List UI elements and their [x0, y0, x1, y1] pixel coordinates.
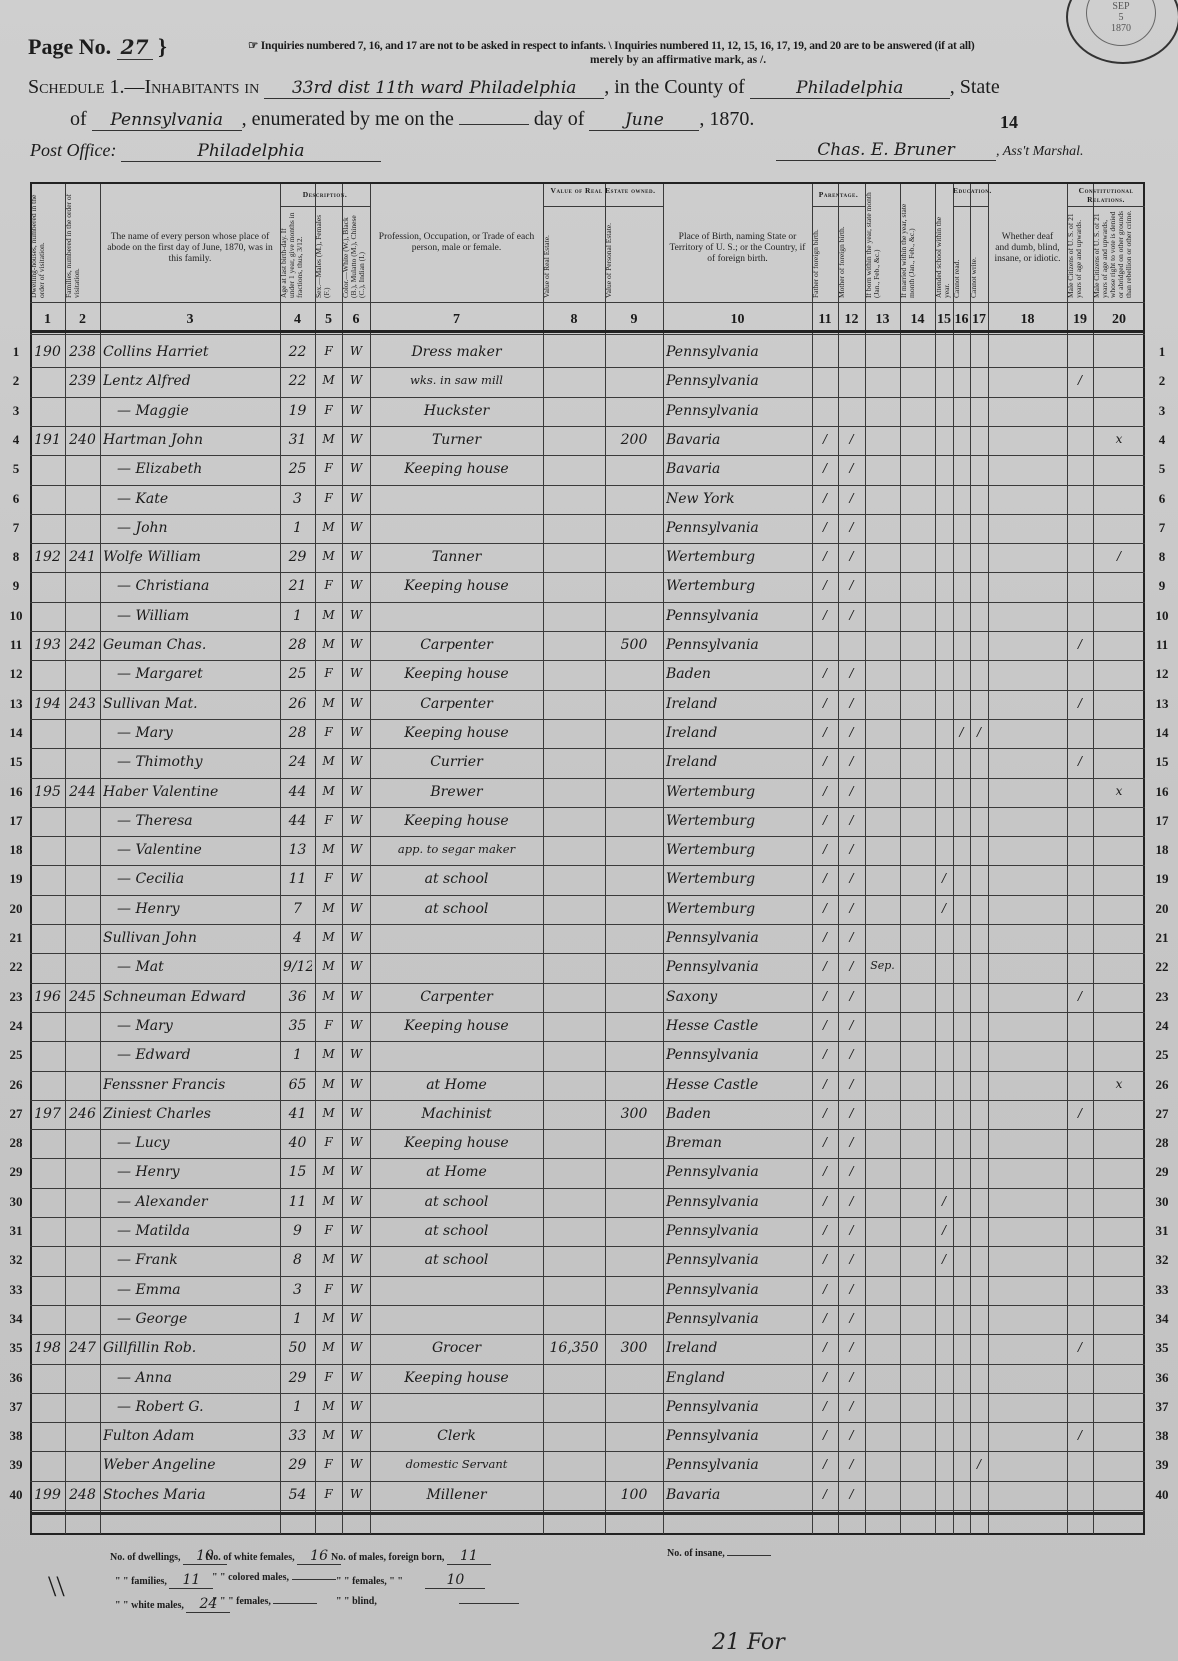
cell-father-foreign: / [815, 901, 835, 915]
cell-birthplace: Hesse Castle [666, 1077, 809, 1093]
cell-birthplace: Bavaria [666, 461, 809, 477]
line-number-left: 17 [4, 813, 28, 829]
cell-color: W [345, 813, 367, 827]
cell-father-foreign: / [815, 1018, 835, 1032]
cell-color: W [345, 549, 367, 563]
cell-sex: M [318, 637, 339, 651]
column-number-13: 13 [865, 312, 900, 328]
line-number-right: 28 [1150, 1135, 1174, 1151]
line-number-left: 37 [4, 1399, 28, 1415]
cell-age: 15 [283, 1164, 312, 1180]
cell-sex: M [318, 696, 339, 710]
cell-citizen: / [1070, 373, 1090, 387]
year-label: , 1870. [699, 108, 754, 130]
cell-color: W [345, 461, 367, 475]
cell-sex: F [318, 491, 339, 505]
cell-mother-foreign: / [841, 989, 862, 1003]
cell-color: W [345, 578, 367, 592]
cell-occupation: Keeping house [373, 1135, 540, 1151]
cell-family: 246 [68, 1106, 97, 1122]
cell-sex: M [318, 754, 339, 768]
cell-dwelling: 197 [33, 1106, 62, 1122]
cell-age: 36 [283, 989, 312, 1005]
cell-color: W [345, 784, 367, 798]
cell-mother-foreign: / [841, 1340, 862, 1354]
line-number-left: 10 [4, 608, 28, 624]
column-number-8: 8 [543, 312, 605, 328]
cell-school: / [938, 871, 950, 885]
line-number-right: 39 [1150, 1457, 1174, 1473]
cell-father-foreign: / [815, 842, 835, 856]
cell-age: 28 [283, 725, 312, 741]
summary-blind-value [459, 1603, 519, 1604]
line-number-left: 24 [4, 1018, 28, 1034]
line-number-right: 14 [1150, 725, 1174, 741]
row-divider [30, 895, 1145, 896]
column-number-1: 1 [30, 312, 65, 328]
cell-sex: M [318, 930, 339, 944]
cell-color: W [345, 1223, 367, 1237]
cell-mother-foreign: / [841, 461, 862, 475]
summary-foreign-males-value: 11 [447, 1548, 491, 1565]
cell-father-foreign: / [815, 578, 835, 592]
column-divider [370, 184, 371, 1534]
cell-personal-estate: 100 [608, 1487, 660, 1503]
summary-insane-label: No. of insane, [667, 1548, 725, 1559]
column-header-6: Color.—White (W.), Black (B.), Mulatto (… [342, 210, 370, 298]
cell-birthplace: Pennsylvania [666, 608, 809, 624]
cell-name: — Kate [103, 491, 291, 507]
cell-mother-foreign: / [841, 754, 862, 768]
cell-age: 1 [283, 520, 312, 536]
cell-mother-foreign: / [841, 1252, 862, 1266]
cell-name: Schneuman Edward [103, 989, 277, 1005]
line-number-right: 7 [1150, 520, 1174, 536]
cell-father-foreign: / [815, 608, 835, 622]
cell-father-foreign: / [815, 1311, 835, 1325]
instructions-note-2: merely by an affirmative mark, as /. [590, 54, 766, 66]
cell-father-foreign: / [815, 989, 835, 1003]
line-number-left: 22 [4, 959, 28, 975]
row-divider [30, 1481, 1145, 1482]
cell-birthplace: Wertemburg [666, 784, 809, 800]
cell-occupation: Keeping house [373, 578, 540, 594]
cell-color: W [345, 1487, 367, 1501]
column-number-6: 6 [342, 312, 370, 328]
cell-sex: F [318, 1135, 339, 1149]
cell-sex: M [318, 989, 339, 1003]
summary-foreign-males: No. of males, foreign born, 11 [331, 1548, 491, 1565]
line-number-left: 13 [4, 696, 28, 712]
column-header-3: The name of every person whose place of … [106, 232, 274, 265]
footer-annotation: 21 For [712, 1630, 785, 1655]
cell-sex: M [318, 1428, 339, 1442]
cell-mother-foreign: / [841, 1164, 862, 1178]
cell-color: W [345, 666, 367, 680]
cell-dwelling: 195 [33, 784, 62, 800]
cell-age: 22 [283, 373, 312, 389]
cell-birthplace: Pennsylvania [666, 1428, 809, 1444]
column-number-3: 3 [100, 312, 280, 328]
cell-name: — Lucy [103, 1135, 291, 1151]
column-header-13: If born within the year, state month (Ja… [865, 190, 900, 298]
row-divider [30, 543, 1145, 544]
cell-birthplace: Wertemburg [666, 871, 809, 887]
cell-birthplace: Ireland [666, 696, 809, 712]
cell-birthplace: Pennsylvania [666, 930, 809, 946]
cell-name: — Christiana [103, 578, 291, 594]
line-number-left: 36 [4, 1370, 28, 1386]
cell-mother-foreign: / [841, 930, 862, 944]
column-divider [1067, 184, 1068, 1534]
cell-personal-estate: 300 [608, 1106, 660, 1122]
row-divider [30, 748, 1145, 749]
day-field [459, 124, 529, 125]
line-number-right: 9 [1150, 578, 1174, 594]
cell-name: Geuman Chas. [103, 637, 277, 653]
cell-personal-estate: 500 [608, 637, 660, 653]
cell-name: — Frank [103, 1252, 291, 1268]
cell-sex: F [318, 666, 339, 680]
cell-mother-foreign: / [841, 432, 862, 446]
cell-mother-foreign: / [841, 1399, 862, 1413]
line-number-left: 19 [4, 871, 28, 887]
cell-birthplace: Pennsylvania [666, 344, 809, 360]
cell-color: W [345, 344, 367, 358]
cell-age: 40 [283, 1135, 312, 1151]
page-number-label: Page No. [28, 34, 111, 59]
cell-sex: M [318, 1399, 339, 1413]
line-number-left: 16 [4, 784, 28, 800]
cell-born-month: Sep. [868, 959, 897, 972]
column-header-2: Families, numbered in the order of visit… [65, 190, 100, 298]
cell-dwelling: 191 [33, 432, 62, 448]
cell-sex: F [318, 871, 339, 885]
cell-mother-foreign: / [841, 959, 862, 973]
cell-sex: M [318, 842, 339, 856]
cell-father-foreign: / [815, 1047, 835, 1061]
cell-color: W [345, 871, 367, 885]
cell-age: 25 [283, 666, 312, 682]
cell-mother-foreign: / [841, 1077, 862, 1091]
column-header-8: Value of Real Estate. [543, 210, 605, 298]
cell-color: W [345, 696, 367, 710]
cell-sex: M [318, 1106, 339, 1120]
summary-white-males-label: " " white males, [115, 1600, 184, 1611]
cell-age: 3 [283, 1282, 312, 1298]
cell-birthplace: Wertemburg [666, 578, 809, 594]
cell-birthplace: Breman [666, 1135, 809, 1151]
cell-color: W [345, 1340, 367, 1354]
column-divider [812, 184, 813, 1534]
cell-school: / [938, 1223, 950, 1237]
column-header-15: Attended school within the year. [935, 210, 953, 298]
cell-family: 240 [68, 432, 97, 448]
cell-sex: F [318, 1223, 339, 1237]
line-number-right: 8 [1150, 549, 1174, 565]
cell-age: 13 [283, 842, 312, 858]
cell-name: — Valentine [103, 842, 291, 858]
schedule-line: Schedule 1.—Inhabitants in 33rd dist 11t… [28, 76, 1148, 99]
cell-color: W [345, 1457, 367, 1471]
enumerated-label: , enumerated by me on the [242, 108, 454, 130]
cell-birthplace: Ireland [666, 725, 809, 741]
cell-name: — Robert G. [103, 1399, 291, 1415]
cell-mother-foreign: / [841, 1047, 862, 1061]
cell-personal-estate: 300 [608, 1340, 660, 1356]
summary-blind: " " blind, [336, 1596, 519, 1607]
line-number-left: 20 [4, 901, 28, 917]
cell-dwelling: 198 [33, 1340, 62, 1356]
cell-mother-foreign: / [841, 1457, 862, 1471]
cell-birthplace: Pennsylvania [666, 1252, 809, 1268]
cell-age: 1 [283, 1311, 312, 1327]
column-number-12: 12 [838, 312, 865, 328]
cell-sex: F [318, 1370, 339, 1384]
cell-mother-foreign: / [841, 784, 862, 798]
marshal-label: , Ass't Marshal. [996, 144, 1084, 159]
cell-age: 11 [283, 1194, 312, 1210]
row-divider [30, 1246, 1145, 1247]
cell-color: W [345, 989, 367, 1003]
line-number-left: 1 [4, 344, 28, 360]
column-header-14: If married within the year, state month … [900, 190, 935, 298]
cell-name: Collins Harriet [103, 344, 277, 360]
row-divider [30, 953, 1145, 954]
cell-mother-foreign: / [841, 1223, 862, 1237]
cell-color: W [345, 1428, 367, 1442]
column-header-18: Whether deaf and dumb, blind, insane, or… [994, 232, 1061, 265]
cell-occupation: Keeping house [373, 461, 540, 477]
cell-age: 44 [283, 813, 312, 829]
line-number-right: 22 [1150, 959, 1174, 975]
county-field: Philadelphia [750, 78, 950, 99]
row-divider [30, 485, 1145, 486]
cell-name: — Mary [103, 725, 291, 741]
line-number-right: 35 [1150, 1340, 1174, 1356]
cell-birthplace: Pennsylvania [666, 1164, 809, 1180]
cell-occupation: Tanner [373, 549, 540, 565]
cell-citizen: / [1070, 637, 1090, 651]
cell-mother-foreign: / [841, 666, 862, 680]
cell-sex: F [318, 725, 339, 739]
post-office-line: Post Office: Philadelphia [30, 140, 381, 162]
summary-foreign-females: " " females, " " 10 [336, 1572, 485, 1589]
cell-name: Weber Angeline [103, 1457, 277, 1473]
cell-color: W [345, 1252, 367, 1266]
page-number: Page No. 27 } [28, 34, 167, 60]
line-number-right: 36 [1150, 1370, 1174, 1386]
cell-age: 35 [283, 1018, 312, 1034]
cell-birthplace: Pennsylvania [666, 637, 809, 653]
row-divider [30, 631, 1145, 632]
cell-birthplace: Pennsylvania [666, 959, 809, 975]
cell-name: — George [103, 1311, 291, 1327]
line-number-left: 40 [4, 1487, 28, 1503]
cell-occupation: Keeping house [373, 1370, 540, 1386]
cell-family: 238 [68, 344, 97, 360]
cell-name: — Matilda [103, 1223, 291, 1239]
line-number-right: 19 [1150, 871, 1174, 887]
cell-citizen: / [1070, 754, 1090, 768]
row-divider [30, 397, 1145, 398]
line-number-right: 37 [1150, 1399, 1174, 1415]
cell-age: 4 [283, 930, 312, 946]
line-number-right: 6 [1150, 491, 1174, 507]
line-number-right: 38 [1150, 1428, 1174, 1444]
cell-color: W [345, 520, 367, 534]
line-number-right: 18 [1150, 842, 1174, 858]
column-divider [65, 184, 66, 1534]
cell-name: Wolfe William [103, 549, 277, 565]
cell-name: Lentz Alfred [103, 373, 277, 389]
line-number-left: 29 [4, 1164, 28, 1180]
cell-family: 243 [68, 696, 97, 712]
cell-age: 25 [283, 461, 312, 477]
row-divider [30, 1158, 1145, 1159]
row-divider [30, 334, 1145, 335]
cell-father-foreign: / [815, 959, 835, 973]
cell-father-foreign: / [815, 666, 835, 680]
cell-father-foreign: / [815, 549, 835, 563]
cell-occupation: Machinist [373, 1106, 540, 1122]
column-number-18: 18 [988, 312, 1067, 328]
cell-age: 1 [283, 1399, 312, 1415]
cell-age: 41 [283, 1106, 312, 1122]
cell-birthplace: Pennsylvania [666, 373, 809, 389]
row-divider [30, 1276, 1145, 1277]
cell-color: W [345, 491, 367, 505]
row-divider [30, 719, 1145, 720]
cell-birthplace: Bavaria [666, 1487, 809, 1503]
summary-colored-males-value [292, 1579, 336, 1580]
cell-name: Sullivan John [103, 930, 277, 946]
cell-father-foreign: / [815, 930, 835, 944]
line-number-left: 4 [4, 432, 28, 448]
cell-father-foreign: / [815, 1194, 835, 1208]
summary-white-females: No. of white females, 16 [206, 1548, 341, 1565]
cell-citizen: / [1070, 696, 1090, 710]
line-number-right: 29 [1150, 1164, 1174, 1180]
cell-citizen: / [1070, 1106, 1090, 1120]
cell-mother-foreign: / [841, 1370, 862, 1384]
row-divider [30, 660, 1145, 661]
cell-age: 11 [283, 871, 312, 887]
row-divider [30, 807, 1145, 808]
column-header-17: Cannot write. [970, 210, 988, 298]
line-number-right: 27 [1150, 1106, 1174, 1122]
cell-name: — John [103, 520, 291, 536]
summary-colored-females-value [273, 1603, 317, 1604]
cell-color: W [345, 1370, 367, 1384]
column-divider [935, 184, 936, 1534]
column-divider [280, 184, 281, 1534]
cell-mother-foreign: / [841, 1282, 862, 1296]
line-number-right: 21 [1150, 930, 1174, 946]
line-number-left: 5 [4, 461, 28, 477]
cell-family: 245 [68, 989, 97, 1005]
cell-birthplace: Baden [666, 1106, 809, 1122]
cell-birthplace: Hesse Castle [666, 1018, 809, 1034]
column-number-10: 10 [663, 312, 812, 328]
cell-sex: M [318, 1164, 339, 1178]
cell-mother-foreign: / [841, 1487, 862, 1501]
cell-color: W [345, 754, 367, 768]
cell-sex: M [318, 784, 339, 798]
column-divider [315, 184, 316, 1534]
line-number-left: 23 [4, 989, 28, 1005]
month-field: June [589, 110, 699, 131]
cell-mother-foreign: / [841, 608, 862, 622]
group-divider [812, 206, 865, 207]
cell-age: 33 [283, 1428, 312, 1444]
cell-personal-estate: 200 [608, 432, 660, 448]
cell-occupation: app. to segar maker [373, 842, 540, 856]
row-divider [30, 572, 1145, 573]
line-number-right: 32 [1150, 1252, 1174, 1268]
cell-birthplace: Pennsylvania [666, 520, 809, 536]
group-constitutional: Constitutional Relations. [1067, 186, 1145, 204]
group-parentage: Parentage. [812, 190, 865, 199]
cell-color: W [345, 1311, 367, 1325]
cell-dwelling: 193 [33, 637, 62, 653]
cell-color: W [345, 1106, 367, 1120]
cell-occupation: at school [373, 871, 540, 887]
column-header-12: Mother of foreign birth. [838, 210, 865, 298]
cell-occupation: Grocer [373, 1340, 540, 1356]
column-divider [342, 184, 343, 1534]
line-number-left: 7 [4, 520, 28, 536]
column-number-2: 2 [65, 312, 100, 328]
cell-father-foreign: / [815, 1428, 835, 1442]
cell-family: 241 [68, 549, 97, 565]
cell-father-foreign: / [815, 1487, 835, 1501]
cell-mother-foreign: / [841, 520, 862, 534]
cell-sex: M [318, 549, 339, 563]
cell-mother-foreign: / [841, 491, 862, 505]
line-number-right: 5 [1150, 461, 1174, 477]
column-number-17: 17 [970, 312, 988, 328]
cell-father-foreign: / [815, 1223, 835, 1237]
cell-age: 28 [283, 637, 312, 653]
line-number-right: 33 [1150, 1282, 1174, 1298]
column-number-5: 5 [315, 312, 342, 328]
column-header-16: Cannot read. [953, 210, 970, 298]
row-divider [30, 1451, 1145, 1452]
cell-name: — Mat [103, 959, 291, 975]
cell-name: — Henry [103, 901, 291, 917]
column-divider [865, 184, 866, 1534]
post-office-field: Philadelphia [121, 141, 381, 162]
line-number-right: 34 [1150, 1311, 1174, 1327]
cell-occupation: Huckster [373, 403, 540, 419]
cell-occupation: domestic Servant [373, 1457, 540, 1471]
cell-sex: M [318, 432, 339, 446]
cell-color: W [345, 725, 367, 739]
cell-birthplace: New York [666, 491, 809, 507]
cell-name: — Henry [103, 1164, 291, 1180]
column-divider [900, 184, 901, 1534]
cell-birthplace: Ireland [666, 1340, 809, 1356]
cell-father-foreign: / [815, 1457, 835, 1471]
cell-denied: x [1096, 784, 1142, 798]
cell-age: 1 [283, 608, 312, 624]
cell-father-foreign: / [815, 432, 835, 446]
marshal-line: Chas. E. Bruner, Ass't Marshal. [776, 140, 1084, 161]
line-number-right: 17 [1150, 813, 1174, 829]
column-number-16: 16 [953, 312, 970, 328]
summary-colored-males-label: " " colored males, [212, 1572, 289, 1583]
